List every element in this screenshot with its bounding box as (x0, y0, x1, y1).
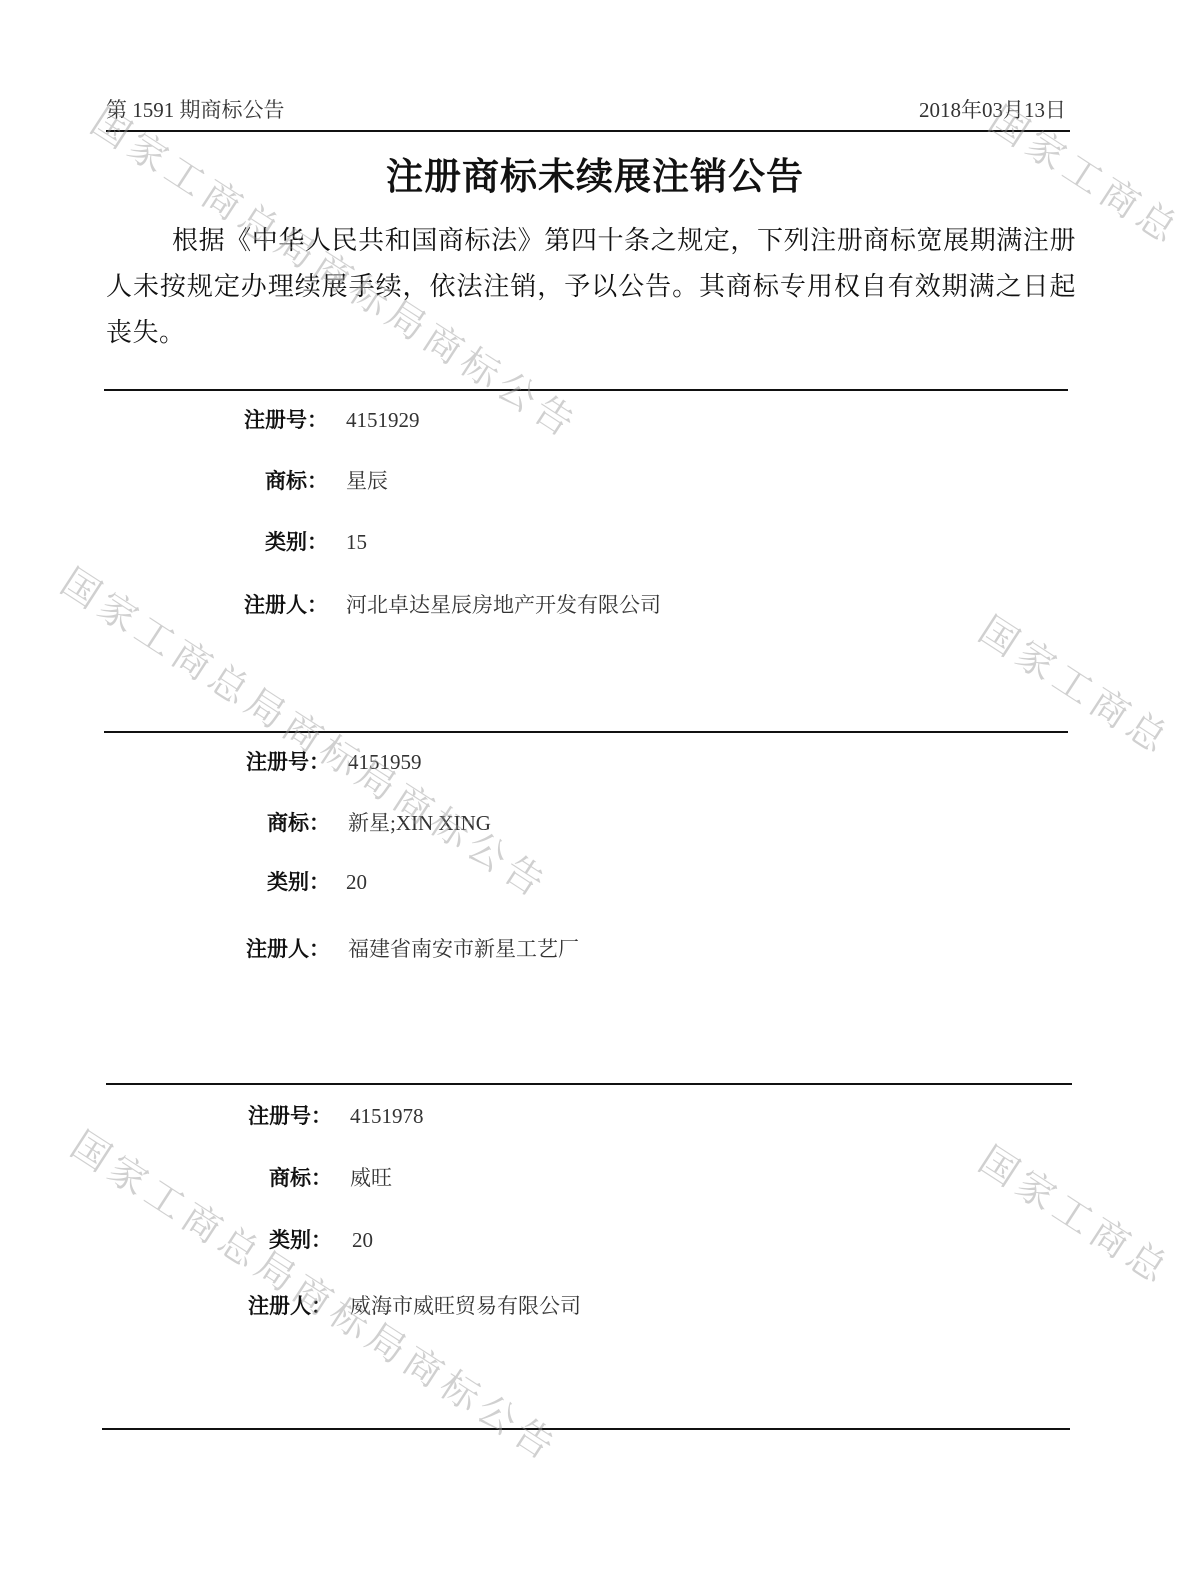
mark-value: 威旺 (350, 1163, 392, 1193)
reg-no-row: 注册号： 4151959 (0, 747, 1190, 777)
issue-date: 2018年03月13日 (919, 94, 1066, 124)
reg-no-value: 4151929 (346, 405, 420, 435)
reg-no-row: 注册号： 4151978 (0, 1101, 1190, 1131)
class-value: 20 (346, 867, 367, 897)
mark-label: 商标： (267, 808, 330, 838)
class-row: 类别： 20 (0, 867, 1190, 897)
mark-row: 商标： 威旺 (0, 1163, 1190, 1193)
registrant-value: 威海市威旺贸易有限公司 (350, 1291, 581, 1321)
reg-no-label: 注册号： (248, 1101, 332, 1131)
divider (104, 731, 1068, 733)
class-label: 类别： (269, 1225, 332, 1255)
divider (104, 389, 1068, 391)
watermark: 国家工商总 (970, 600, 1184, 766)
registrant-label: 注册人： (244, 590, 328, 620)
class-value: 20 (352, 1225, 373, 1255)
document-title: 注册商标未续展注销公告 (0, 146, 1190, 200)
intro-paragraph: 根据《中华人民共和国商标法》第四十条之规定，下列注册商标宽展期满注册人未按规定办… (106, 218, 1076, 356)
mark-label: 商标： (265, 466, 328, 496)
divider (106, 1083, 1072, 1085)
reg-no-label: 注册号： (244, 405, 328, 435)
reg-no-value: 4151959 (348, 747, 422, 777)
class-row: 类别： 15 (0, 527, 1190, 557)
registrant-value: 福建省南安市新星工艺厂 (348, 934, 579, 964)
class-value: 15 (346, 527, 367, 557)
class-label: 类别： (267, 867, 330, 897)
reg-no-label: 注册号： (246, 747, 330, 777)
mark-label: 商标： (269, 1163, 332, 1193)
registrant-label: 注册人： (248, 1291, 332, 1321)
registrant-row: 注册人： 河北卓达星辰房地产开发有限公司 (0, 590, 1190, 620)
class-row: 类别： 20 (0, 1225, 1190, 1255)
registrant-row: 注册人： 福建省南安市新星工艺厂 (0, 934, 1190, 964)
mark-value: 星辰 (346, 466, 388, 496)
watermark: 国家工商总 (970, 1130, 1184, 1296)
reg-no-row: 注册号： 4151929 (0, 405, 1190, 435)
reg-no-value: 4151978 (350, 1101, 424, 1131)
page-header: 第 1591 期商标公告 2018年03月13日 (106, 92, 1070, 132)
registrant-value: 河北卓达星辰房地产开发有限公司 (346, 590, 661, 620)
class-label: 类别： (265, 527, 328, 557)
issue-number: 第 1591 期商标公告 (106, 94, 285, 124)
mark-value: 新星;XIN XING (348, 808, 491, 838)
mark-row: 商标： 新星;XIN XING (0, 808, 1190, 838)
divider (102, 1428, 1070, 1430)
registrant-label: 注册人： (246, 934, 330, 964)
registrant-row: 注册人： 威海市威旺贸易有限公司 (0, 1291, 1190, 1321)
mark-row: 商标： 星辰 (0, 466, 1190, 496)
